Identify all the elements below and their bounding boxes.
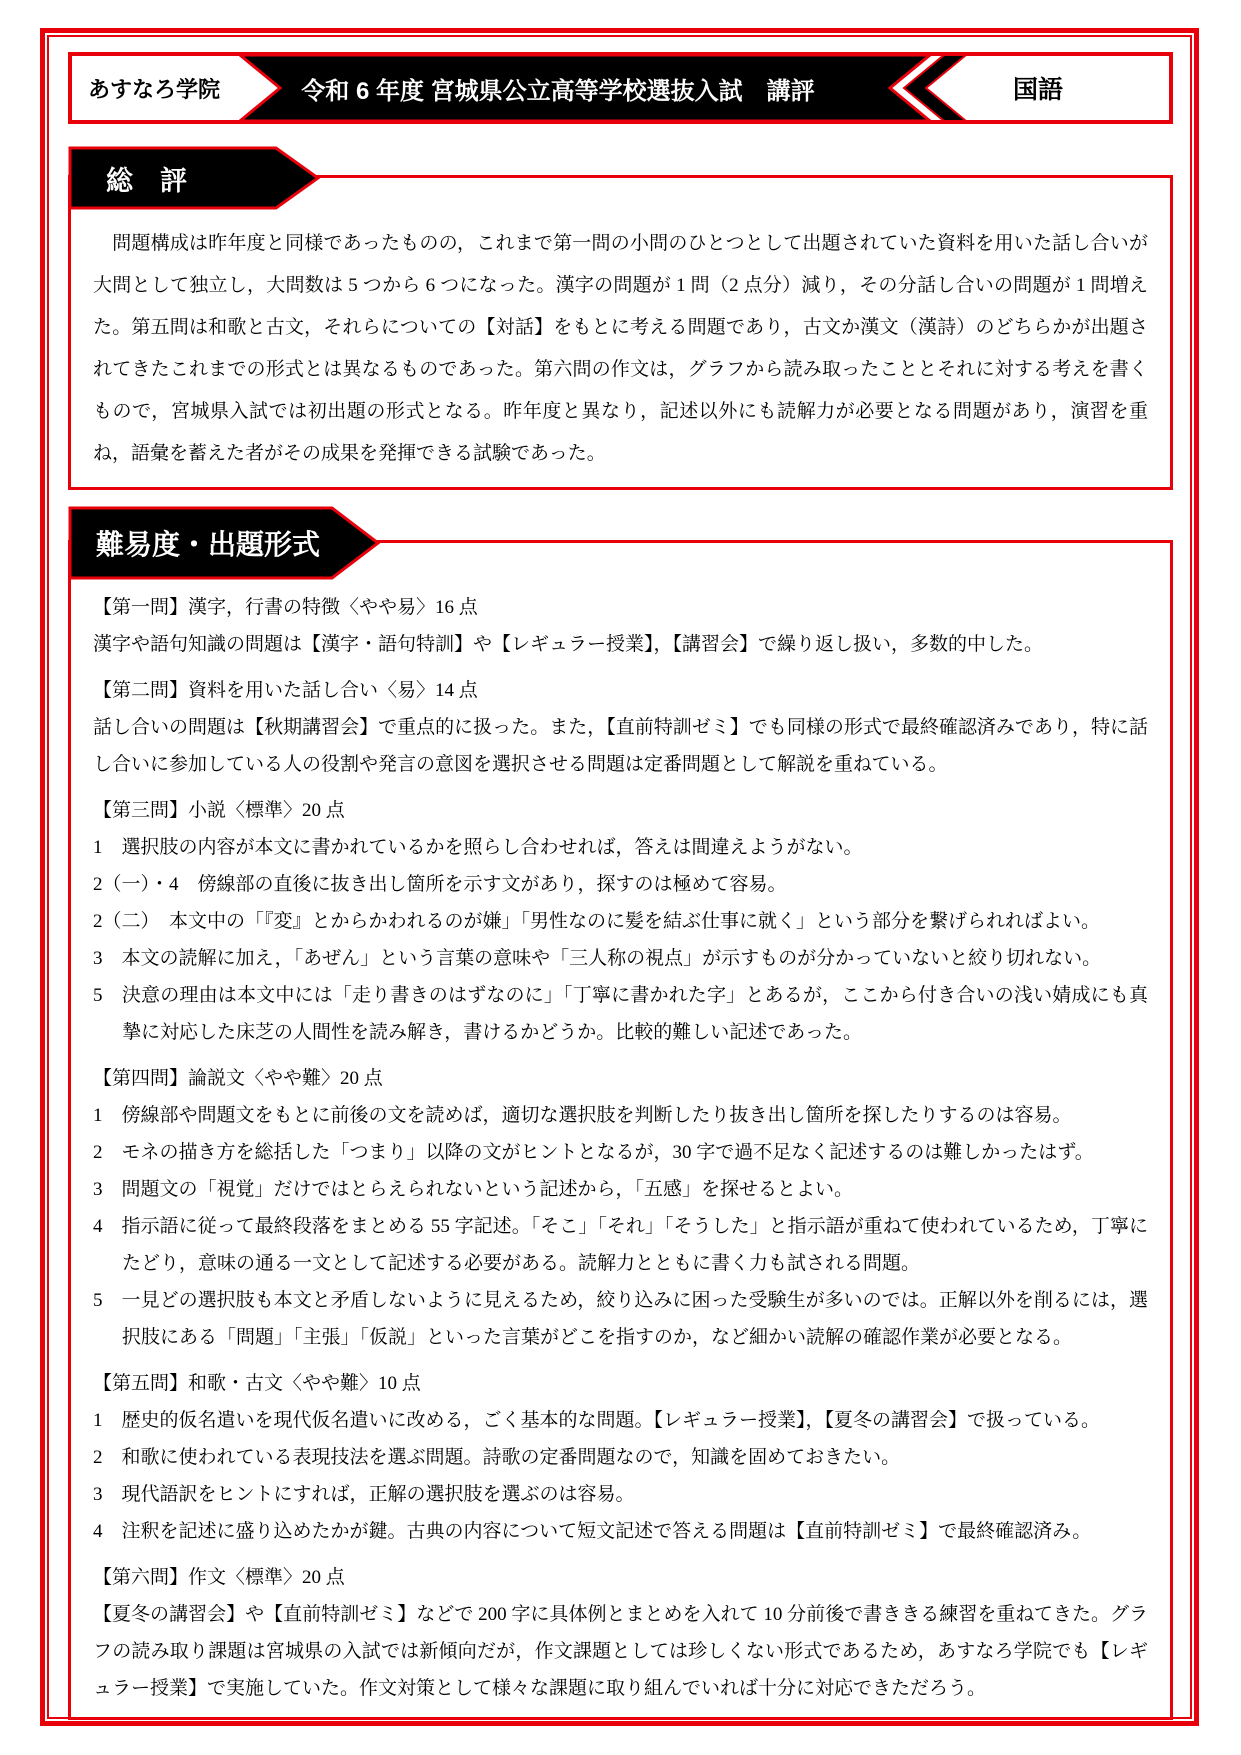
question-block-2: 【第二問】資料を用いた話し合い〈易〉14 点 話し合いの問題は【秋期講習会】で重… <box>93 672 1148 783</box>
section-banner-sohyo: 総 評 <box>68 146 320 210</box>
school-name: あすなろ学院 <box>68 52 240 124</box>
question-paragraph: 【夏冬の講習会】や【直前特訓ゼミ】などで 200 字に具体例とまとめを入れて 1… <box>93 1596 1148 1707</box>
question-item: 1 歴史的仮名遣いを現代仮名遣いに改める，ごく基本的な問題。【レギュラー授業】，… <box>93 1402 1148 1439</box>
question-item: 3 問題文の「視覚」だけではとらえられないという記述から，「五感」を探せるとよい… <box>93 1171 1148 1208</box>
question-item: 1 選択肢の内容が本文に書かれているかを照らし合わせれば，答えは間違えようがない… <box>93 829 1148 866</box>
question-item: 4 注釈を記述に盛り込めたかが鍵。古典の内容について短文記述で答える問題は【直前… <box>93 1513 1148 1550</box>
question-title: 【第三問】小説〈標準〉20 点 <box>93 792 1148 829</box>
question-item: 2 モネの描き方を総括した「つまり」以降の文がヒントとなるが，30 字で過不足な… <box>93 1134 1148 1171</box>
question-item: 2（二） 本文中の「『変』とからかわれるのが嫌」「男性なのに髪を結ぶ仕事に就く」… <box>93 903 1148 940</box>
section-banner-nanido: 難易度・出題形式 <box>68 506 380 580</box>
question-item: 1 傍線部や問題文をもとに前後の文を読めば，適切な選択肢を判断したり抜き出し箇所… <box>93 1097 1148 1134</box>
question-item: 3 現代語訳をヒントにすれば，正解の選択肢を選ぶのは容易。 <box>93 1476 1148 1513</box>
question-item: 3 本文の読解に加え，「あぜん」という言葉の意味や「三人称の視点」が示すものが分… <box>93 940 1148 977</box>
question-block-4: 【第四問】論説文〈やや難〉20 点 1 傍線部や問題文をもとに前後の文を読めば，… <box>93 1060 1148 1356</box>
question-block-1: 【第一問】漢字，行書の特徴〈やや易〉16 点 漢字や語句知識の問題は【漢字・語句… <box>93 589 1148 663</box>
question-item: 2 和歌に使われている表現技法を選ぶ問題。詩歌の定番問題なので，知識を固めておき… <box>93 1439 1148 1476</box>
subject-badge: 国語 <box>948 52 1128 124</box>
question-item: 4 指示語に従って最終段落をまとめる 55 字記述。「そこ」「それ」「そうした」… <box>93 1208 1148 1282</box>
sohyo-paragraph: 問題構成は昨年度と同様であったものの，これまで第一問の小問のひとつとして出題され… <box>93 223 1148 475</box>
question-title: 【第四問】論説文〈やや難〉20 点 <box>93 1060 1148 1097</box>
question-title: 【第二問】資料を用いた話し合い〈易〉14 点 <box>93 672 1148 709</box>
nanido-box: 【第一問】漢字，行書の特徴〈やや易〉16 点 漢字や語句知識の問題は【漢字・語句… <box>68 540 1173 1720</box>
header-ribbon: あすなろ学院 令和 6 年度 宮城県公立高等学校選抜入試 講評 国語 <box>68 52 1173 124</box>
question-item: 2（一）・4 傍線部の直後に抜き出し箇所を示す文があり，探すのは極めて容易。 <box>93 866 1148 903</box>
question-title: 【第六問】作文〈標準〉20 点 <box>93 1559 1148 1596</box>
section-heading-nanido: 難易度・出題形式 <box>68 506 380 580</box>
question-block-6: 【第六問】作文〈標準〉20 点 【夏冬の講習会】や【直前特訓ゼミ】などで 200… <box>93 1559 1148 1707</box>
sohyo-box: 問題構成は昨年度と同様であったものの，これまで第一問の小問のひとつとして出題され… <box>68 175 1173 490</box>
question-title: 【第一問】漢字，行書の特徴〈やや易〉16 点 <box>93 589 1148 626</box>
question-block-3: 【第三問】小説〈標準〉20 点 1 選択肢の内容が本文に書かれているかを照らし合… <box>93 792 1148 1051</box>
question-title: 【第五問】和歌・古文〈やや難〉10 点 <box>93 1365 1148 1402</box>
section-heading-sohyo: 総 評 <box>68 146 320 210</box>
question-item: 5 決意の理由は本文中には「走り書きのはずなのに」「丁寧に書かれた字」とあるが，… <box>93 977 1148 1051</box>
exam-review-page: あすなろ学院 令和 6 年度 宮城県公立高等学校選抜入試 講評 国語 総 評 問… <box>0 0 1241 1755</box>
question-paragraph: 話し合いの問題は【秋期講習会】で重点的に扱った。また，【直前特訓ゼミ】でも同様の… <box>93 709 1148 783</box>
question-block-5: 【第五問】和歌・古文〈やや難〉10 点 1 歴史的仮名遣いを現代仮名遣いに改める… <box>93 1365 1148 1550</box>
page-content: あすなろ学院 令和 6 年度 宮城県公立高等学校選抜入試 講評 国語 総 評 問… <box>68 52 1173 1720</box>
question-paragraph: 漢字や語句知識の問題は【漢字・語句特訓】や【レギュラー授業】，【講習会】で繰り返… <box>93 626 1148 663</box>
document-title: 令和 6 年度 宮城県公立高等学校選抜入試 講評 <box>248 52 868 124</box>
question-item: 5 一見どの選択肢も本文と矛盾しないように見えるため，絞り込みに困った受験生が多… <box>93 1282 1148 1356</box>
